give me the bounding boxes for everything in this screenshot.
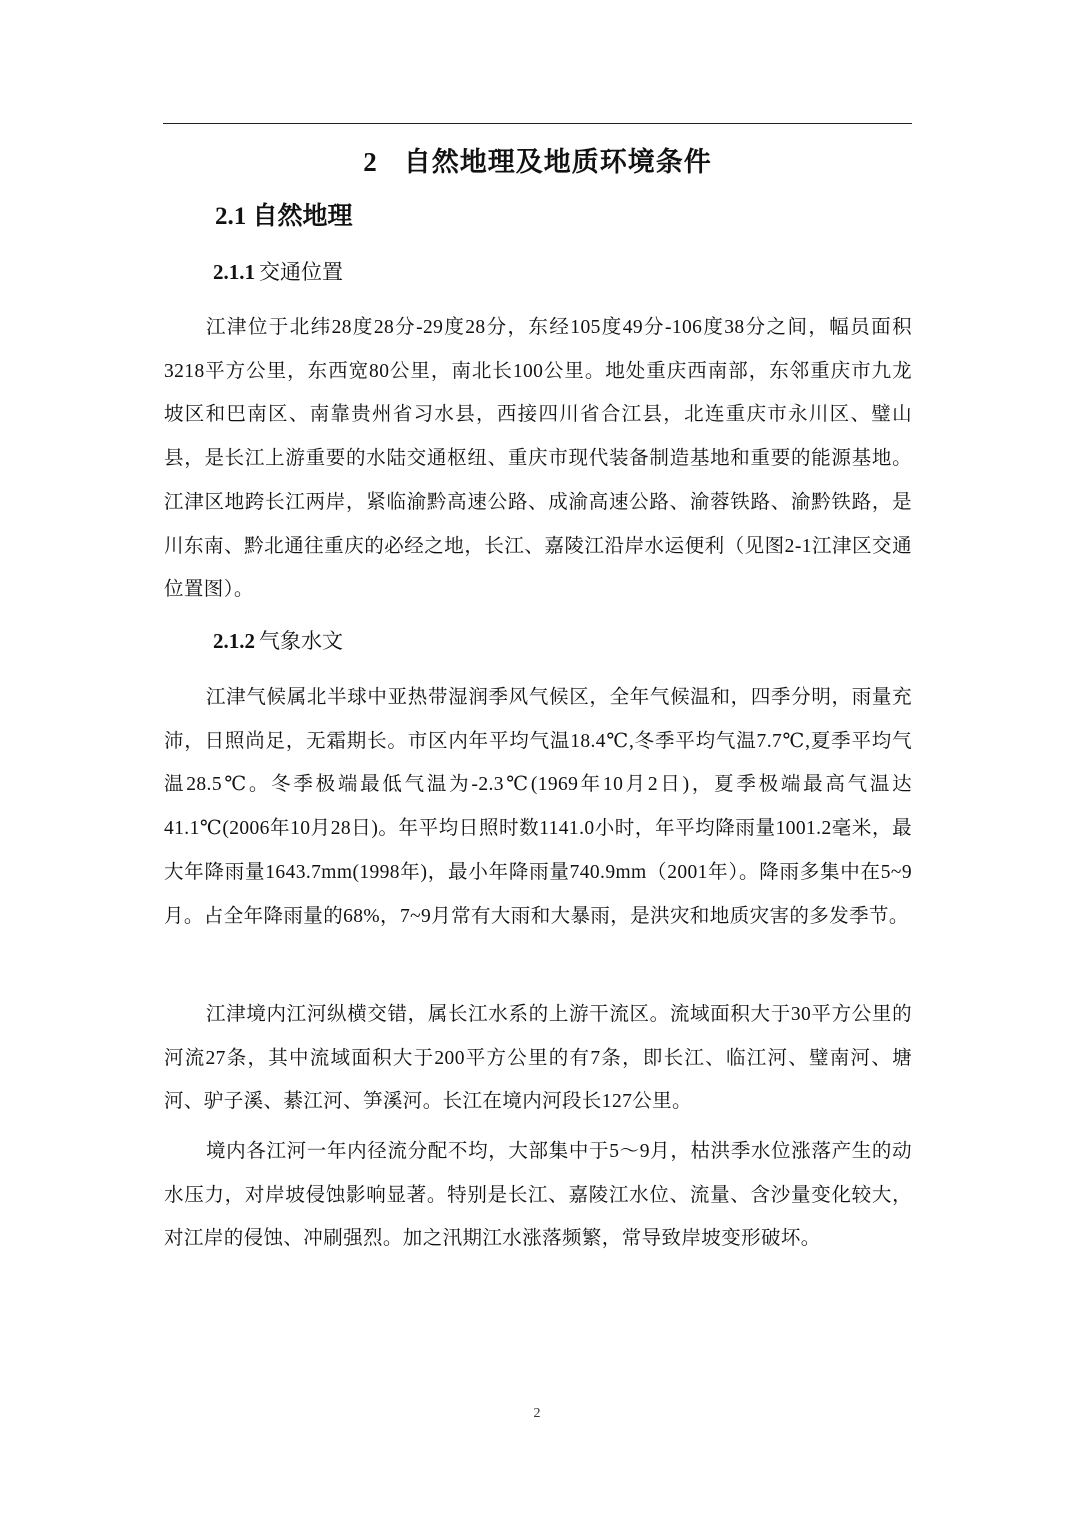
section-heading-2-1: 2.1 自然地理 bbox=[215, 196, 353, 232]
paragraph-rivers: 江津境内江河纵横交错，属长江水系的上游干流区。流域面积大于30平方公里的河流27… bbox=[164, 993, 912, 1124]
subsection-heading-2-1-2: 2.1.2气象水文 bbox=[213, 625, 343, 655]
subsection-number: 2.1.1 bbox=[213, 260, 255, 284]
subsection-title: 气象水文 bbox=[259, 629, 343, 653]
paragraph-runoff: 境内各江河一年内径流分配不均，大部集中于5～9月，枯洪季水位涨落产生的动水压力，… bbox=[164, 1130, 912, 1261]
paragraph-traffic-location: 江津位于北纬28度28分-29度28分，东经105度49分-106度38分之间，… bbox=[164, 306, 912, 612]
section-number: 2.1 bbox=[215, 203, 246, 230]
subsection-title: 交通位置 bbox=[259, 260, 343, 284]
header-rule bbox=[163, 123, 912, 124]
section-title: 自然地理 bbox=[253, 203, 353, 230]
chapter-title: 2自然地理及地质环境条件 bbox=[163, 140, 912, 179]
page-number: 2 bbox=[0, 1406, 1074, 1422]
chapter-title-text: 自然地理及地质环境条件 bbox=[404, 147, 712, 177]
subsection-heading-2-1-1: 2.1.1交通位置 bbox=[213, 256, 343, 286]
paragraph-climate: 江津气候属北半球中亚热带湿润季风气候区，全年气候温和，四季分明，雨量充沛，日照尚… bbox=[164, 676, 912, 938]
subsection-number: 2.1.2 bbox=[213, 629, 255, 653]
chapter-number: 2 bbox=[363, 147, 378, 177]
